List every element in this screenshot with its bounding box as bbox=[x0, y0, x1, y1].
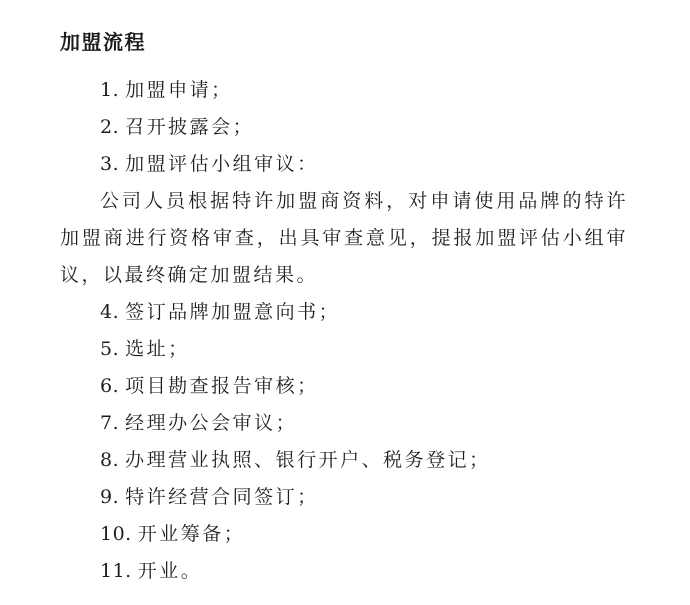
step-item: 9.特许经营合同签订； bbox=[60, 479, 628, 516]
step-text: 开业。 bbox=[138, 560, 203, 582]
step-number: 9. bbox=[100, 486, 119, 508]
step-item: 6.项目勘查报告审核； bbox=[60, 368, 628, 405]
step-text: 办理营业执照、银行开户、税务登记； bbox=[125, 449, 491, 471]
step-number: 3. bbox=[100, 153, 119, 175]
step-text: 特许经营合同签订； bbox=[125, 486, 319, 508]
step-item: 4.签订品牌加盟意向书； bbox=[60, 294, 628, 331]
step-number: 6. bbox=[100, 375, 119, 397]
step-text: 经理办公会审议； bbox=[125, 412, 297, 434]
step-number: 1. bbox=[100, 79, 119, 101]
step-text: 加盟申请； bbox=[125, 79, 233, 101]
step-item: 11.开业。 bbox=[60, 553, 628, 590]
page-title: 加盟流程 bbox=[60, 28, 628, 56]
document-page: 加盟流程 1.加盟申请；2.召开披露会；3.加盟评估小组审议：公司人员根据特许加… bbox=[0, 0, 690, 605]
step-number: 4. bbox=[100, 301, 119, 323]
step-text: 签订品牌加盟意向书； bbox=[125, 301, 340, 323]
step-number: 10. bbox=[100, 523, 132, 545]
step-number: 8. bbox=[100, 449, 119, 471]
document-body: 1.加盟申请；2.召开披露会；3.加盟评估小组审议：公司人员根据特许加盟商资料，… bbox=[60, 72, 628, 590]
step-text: 选址； bbox=[125, 338, 190, 360]
step-item: 2.召开披露会； bbox=[60, 109, 628, 146]
step-number: 2. bbox=[100, 116, 119, 138]
step-text: 加盟评估小组审议： bbox=[125, 153, 319, 175]
step-text: 开业筹备； bbox=[138, 523, 246, 545]
step-item: 1.加盟申请； bbox=[60, 72, 628, 109]
note-paragraph: 公司人员根据特许加盟商资料，对申请使用品牌的特许加盟商进行资格审查，出具审查意见… bbox=[60, 183, 628, 294]
step-number: 7. bbox=[100, 412, 119, 434]
step-number: 5. bbox=[100, 338, 119, 360]
step-item: 10.开业筹备； bbox=[60, 516, 628, 553]
step-number: 11. bbox=[100, 560, 132, 582]
step-item: 5.选址； bbox=[60, 331, 628, 368]
step-item: 7.经理办公会审议； bbox=[60, 405, 628, 442]
step-text: 召开披露会； bbox=[125, 116, 254, 138]
step-text: 项目勘查报告审核； bbox=[125, 375, 319, 397]
step-item: 3.加盟评估小组审议： bbox=[60, 146, 628, 183]
step-item: 8.办理营业执照、银行开户、税务登记； bbox=[60, 442, 628, 479]
